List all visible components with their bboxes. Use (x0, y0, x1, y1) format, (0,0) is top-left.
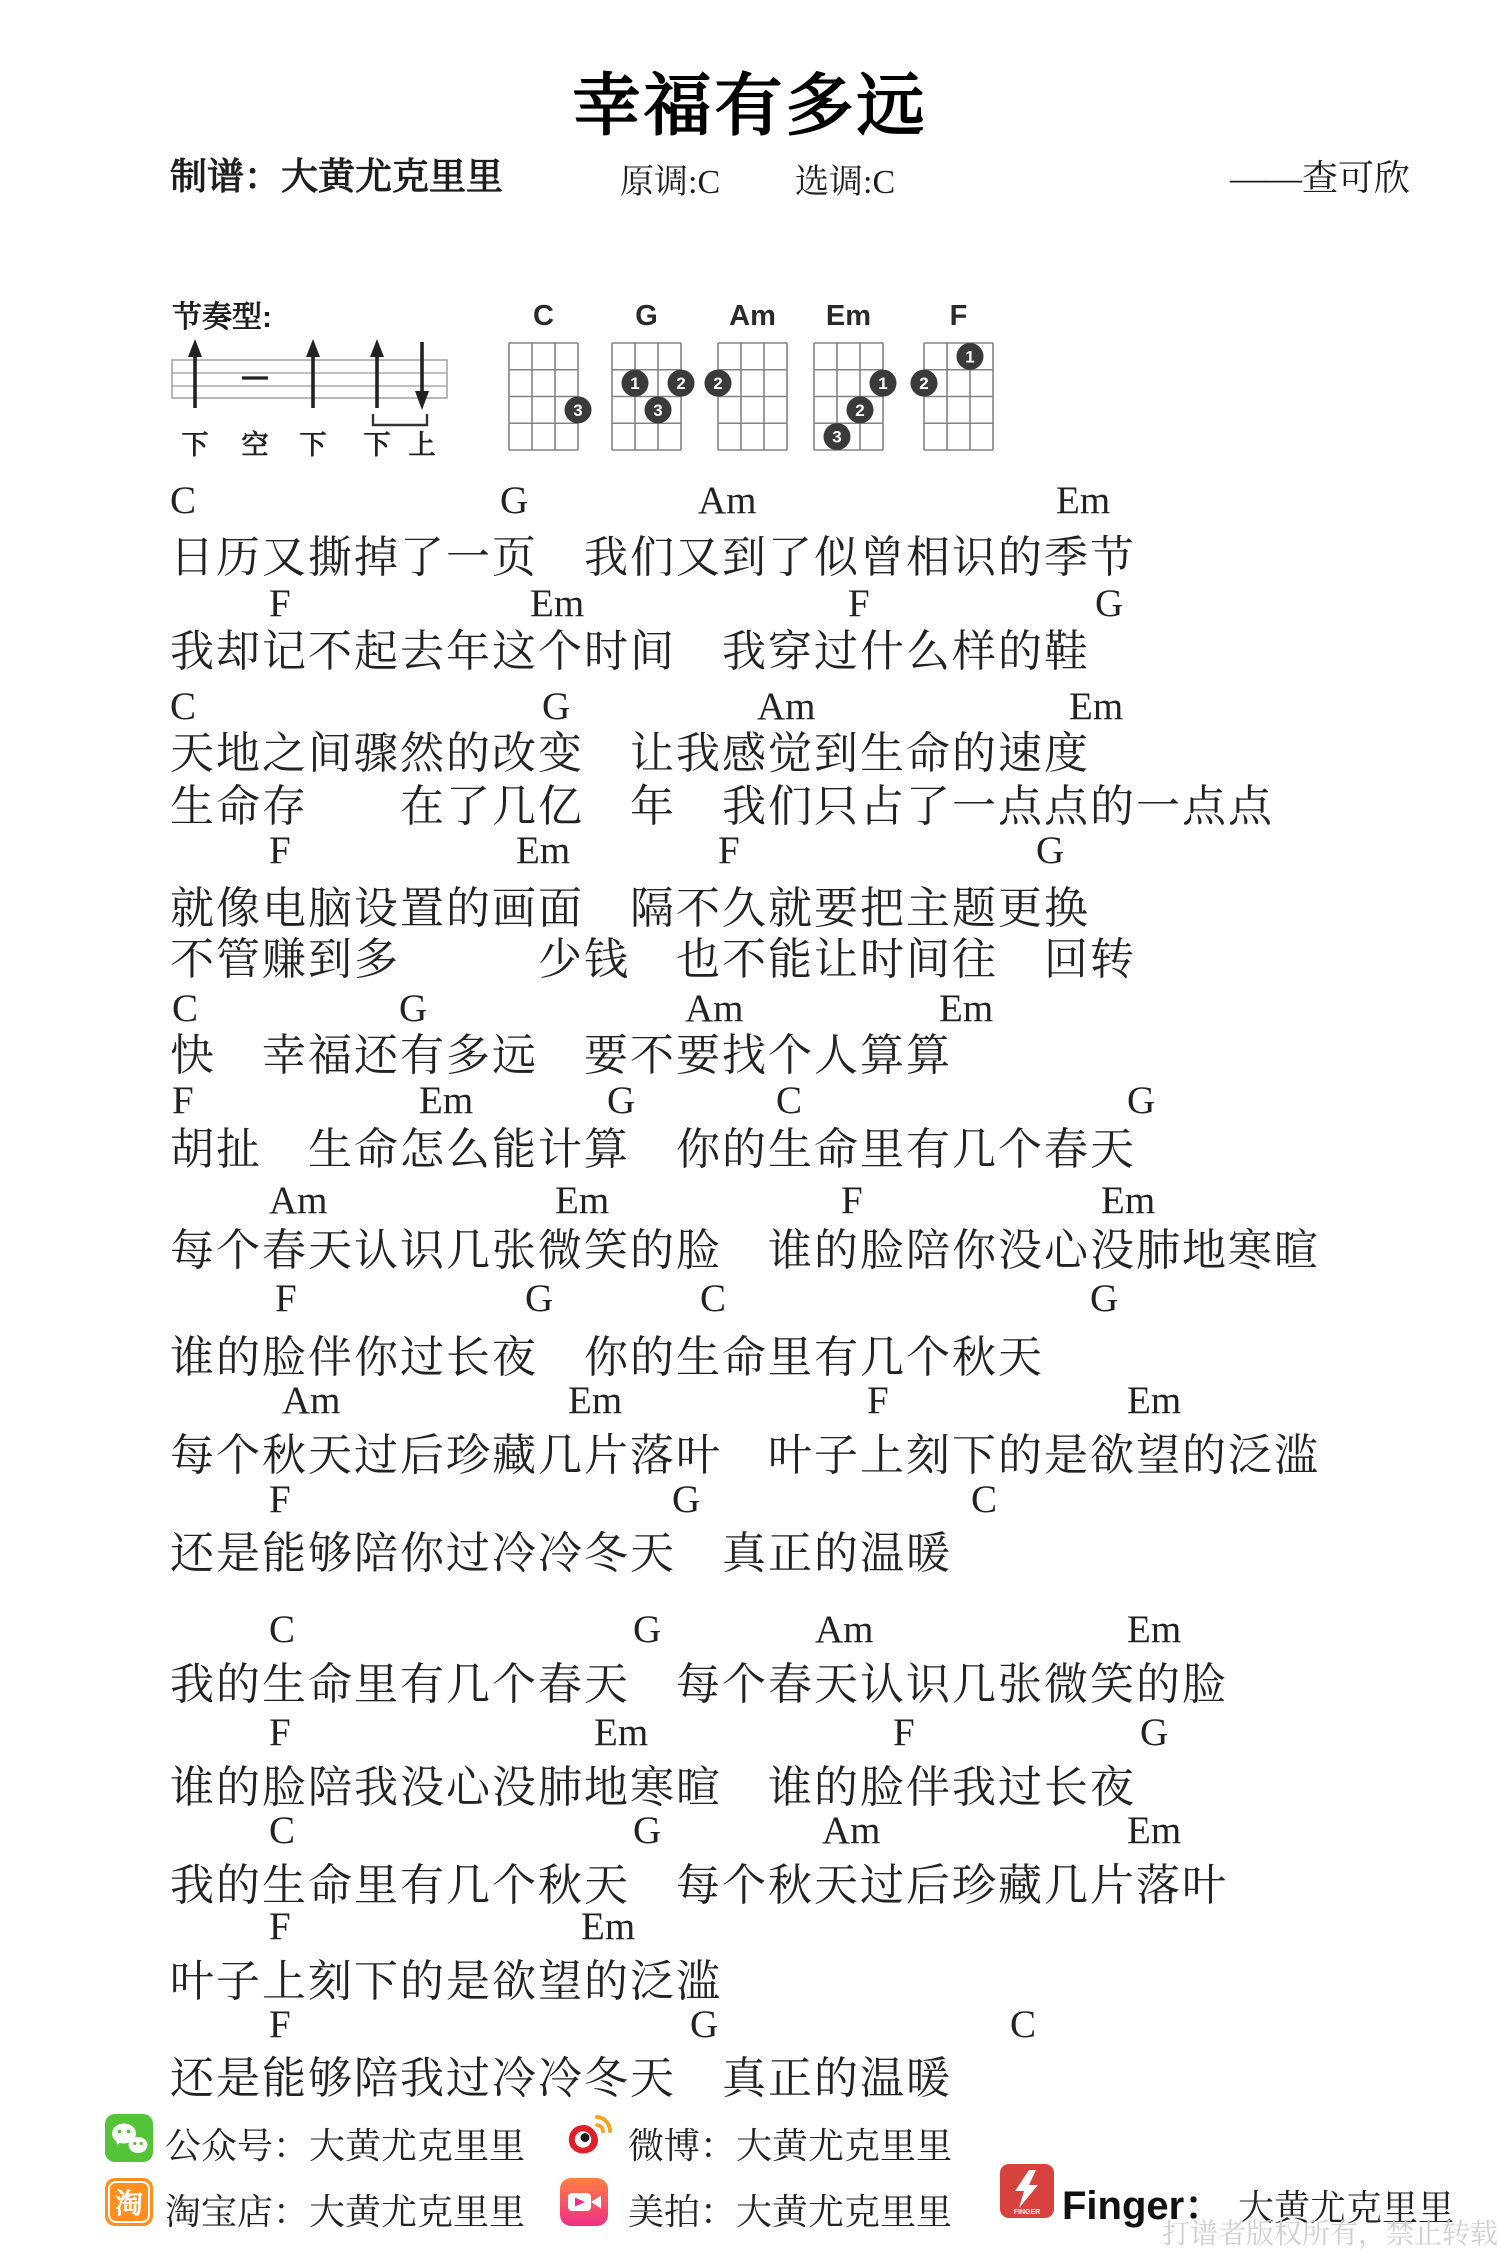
finger-number: 1 (878, 374, 887, 393)
chord-label: G (525, 1276, 553, 1321)
weibo-icon (560, 2108, 616, 2164)
chord-label: C (269, 1808, 295, 1853)
tie-bracket (373, 414, 427, 425)
original-key: 原调:C (620, 154, 720, 203)
chord-label: Em (1056, 478, 1110, 523)
finger-number: 2 (676, 374, 685, 393)
chord-diagram-name: G (635, 300, 658, 332)
chord-label: G (500, 478, 528, 523)
finger-number: 3 (653, 401, 662, 420)
finger-number: 2 (713, 374, 722, 393)
lyric-line: 谁的脸陪我没心没肺地寒暄 谁的脸伴我过长夜 (170, 1751, 1136, 1815)
chord-label: Em (516, 828, 570, 873)
chord-label: G (1140, 1710, 1168, 1755)
finger-number: 1 (965, 347, 974, 366)
artist-name: ——查可欣 (1230, 150, 1410, 201)
chord-label: C (269, 1607, 295, 1652)
up-arrow-icon (188, 339, 202, 357)
stroke-label: 上 (409, 430, 436, 460)
chord-diagram-C: C3 (491, 298, 596, 468)
lyric-line: 胡扯 生命怎么能计算 你的生命里有几个春天 (170, 1113, 1136, 1177)
chord-label: G (1036, 828, 1064, 873)
chord-label: F (269, 1710, 291, 1755)
chord-diagram-name: F (950, 300, 968, 332)
meipai-icon (560, 2178, 608, 2226)
chord-diagram-name: C (533, 300, 554, 332)
finger-number: 1 (630, 374, 639, 393)
chord-label: F (269, 828, 291, 873)
chord-label: Am (282, 1378, 341, 1423)
chord-label: Am (815, 1607, 874, 1652)
chord-label: F (718, 828, 740, 873)
chord-label: Am (822, 1808, 881, 1853)
chord-label: F (893, 1710, 915, 1755)
taobao-icon: 淘 (105, 2178, 153, 2226)
stroke-label: 下 (364, 430, 391, 460)
chord-diagram-name: Em (826, 300, 871, 332)
chord-diagram-Am: Am2 (700, 298, 805, 468)
chord-label: Am (698, 478, 757, 523)
chord-label: F (269, 2002, 291, 2047)
taobao-account: 淘宝店：大黄尤克里里 (165, 2184, 525, 2235)
finger-number: 3 (573, 401, 582, 420)
chord-diagram-Em: Em123 (796, 298, 901, 468)
song-title: 幸福有多远 (0, 52, 1500, 149)
chord-label: G (690, 2002, 718, 2047)
down-arrow-icon (415, 391, 429, 410)
chord-label: Em (1127, 1808, 1181, 1853)
lyric-line: 还是能够陪你过冷冷冬天 真正的温暖 (170, 1517, 952, 1581)
chord-label: C (971, 1477, 997, 1522)
stroke-label: 下 (182, 430, 209, 460)
chord-label: G (1095, 581, 1123, 626)
svg-text:FINGER: FINGER (1014, 2209, 1040, 2216)
chord-label: G (633, 1607, 661, 1652)
credit: 制谱：大黄尤克里里 (170, 146, 503, 200)
chord-diagram-name: Am (729, 300, 776, 332)
lyric-line: 日历又撕掉了一页 我们又到了似曾相识的季节 (170, 521, 1136, 585)
lyric-line: 快 幸福还有多远 要不要找个人算算 (170, 1019, 952, 1083)
up-arrow-icon (306, 339, 320, 357)
lyric-line: 我的生命里有几个秋天 每个秋天过后珍藏几片落叶 (170, 1849, 1228, 1913)
chord-label: Em (594, 1710, 648, 1755)
chord-label: G (633, 1808, 661, 1853)
stroke-label: 空 (242, 429, 269, 460)
meipai-account: 美拍：大黄尤克里里 (628, 2184, 952, 2235)
lyric-line: 不管赚到多 少钱 也不能让时间往 回转 (170, 923, 1136, 987)
lyric-line: 我却记不起去年这个时间 我穿过什么样的鞋 (170, 615, 1090, 679)
chord-label: G (1090, 1276, 1118, 1321)
weibo-account: 微博：大黄尤克里里 (628, 2118, 952, 2169)
chord-label: C (170, 478, 196, 523)
chord-diagram-G: G123 (594, 298, 699, 468)
watermark: 打谱者版权所有，禁止转载 (1162, 2212, 1498, 2251)
selected-key: 选调:C (795, 154, 895, 203)
finger-number: 2 (919, 374, 928, 393)
lyric-line: 叶子上刻下的是欲望的泛滥 (170, 1945, 722, 2009)
chord-label: G (672, 1477, 700, 1522)
chord-label: Em (581, 1904, 635, 1949)
chord-label: C (700, 1276, 726, 1321)
chord-label: F (275, 1276, 297, 1321)
staff-box (172, 360, 447, 398)
wechat-icon (105, 2114, 153, 2162)
chord-sheet-page: 幸福有多远 制谱：大黄尤克里里 原调:C 选调:C ——查可欣 节奏型: 下空下… (0, 0, 1500, 2251)
chord-label: F (867, 1378, 889, 1423)
chord-label: F (269, 1904, 291, 1949)
finger-number: 3 (832, 428, 841, 447)
chord-label: Em (568, 1378, 622, 1423)
lyric-line: 还是能够陪我过冷冷冬天 真正的温暖 (170, 2042, 952, 2106)
chord-label: Em (1127, 1378, 1181, 1423)
chord-diagram-F: F12 (906, 298, 1011, 468)
chord-label: F (269, 1477, 291, 1522)
lyric-line: 每个秋天过后珍藏几片落叶 叶子上刻下的是欲望的泛滥 (170, 1419, 1320, 1483)
stroke-label: 下 (300, 430, 327, 460)
lyric-line: 每个春天认识几张微笑的脸 谁的脸陪你没心没肺地寒暄 (170, 1214, 1320, 1278)
finger-number: 2 (855, 401, 864, 420)
up-arrow-icon (370, 339, 384, 357)
chord-label: Em (1127, 1607, 1181, 1652)
rhythm-pattern-diagram: 下空下下上 (160, 330, 470, 470)
chord-label: C (1010, 2002, 1036, 2047)
lyric-line: 我的生命里有几个春天 每个春天认识几张微笑的脸 (170, 1648, 1228, 1712)
wechat-account: 公众号：大黄尤克里里 (165, 2118, 525, 2169)
lyric-line: 谁的脸伴你过长夜 你的生命里有几个秋天 (170, 1321, 1044, 1385)
lyric-line: 生命存 在了几亿 年 我们只占了一点点的一点点 (170, 770, 1274, 834)
svg-text:淘: 淘 (115, 2188, 143, 2219)
finger-icon: FINGER (1000, 2164, 1054, 2218)
